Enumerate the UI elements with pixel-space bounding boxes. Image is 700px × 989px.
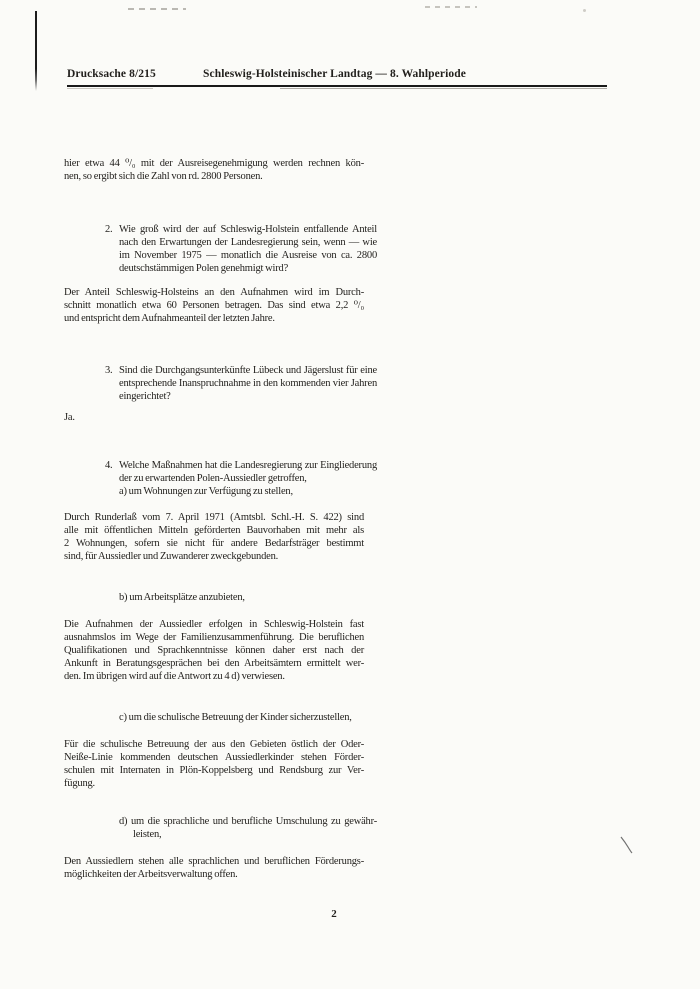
question-number: 2. (105, 223, 119, 275)
document-page: Drucksache 8/215 Schleswig-Holsteinische… (0, 0, 700, 989)
text-line: Den Aussiedlern stehen alle sprachlichen… (64, 855, 364, 868)
pen-stroke-artifact (618, 834, 636, 856)
question-2: 2. Wie groß wird der auf Schleswig-Holst… (105, 223, 377, 275)
question-3: 3. Sind die Durchgangsunterkünfte Lübeck… (105, 364, 377, 403)
text-line: Neiße-Linie kommenden deutschen Aussiedl… (64, 751, 364, 764)
text-line: eingerichtet? (119, 390, 377, 403)
question-text: Sind die Durchgangsunterkünfte Lübeck un… (119, 364, 377, 403)
text-line: nen, so ergibt sich die Zahl von rd. 280… (64, 170, 364, 183)
header-rule-shadow (67, 88, 153, 89)
text-line: der zu erwartenden Polen-Aussiedler getr… (119, 472, 377, 485)
paragraph-intro: hier etwa 44 ⁰/₀ mit der Ausreisegenehmi… (64, 157, 364, 183)
text-line: Für die schulische Betreuung der aus den… (64, 738, 364, 751)
question-text: Welche Maßnahmen hat die Landesregierung… (119, 459, 377, 485)
text-line: leisten, (119, 828, 377, 841)
text-line: möglichkeiten der Arbeitsverwaltung offe… (64, 868, 364, 881)
paragraph-answer-4b: Die Aufnahmen der Aussiedler erfolgen in… (64, 618, 364, 683)
text-line: ausnahmslos im Wege der Familienzusammen… (64, 631, 364, 644)
text-line: und entspricht dem Aufnahmeanteil der le… (64, 312, 364, 325)
paragraph-answer-4a: Durch Runderlaß vom 7. April 1971 (Amtsb… (64, 511, 364, 563)
text-line: fügung. (64, 777, 364, 790)
paragraph-answer-4d: Den Aussiedlern stehen alle sprachlichen… (64, 855, 364, 881)
scan-artifact (128, 8, 186, 10)
text-line: Die Aufnahmen der Aussiedler erfolgen in… (64, 618, 364, 631)
page-number: 2 (64, 908, 604, 920)
question-sub-item-d: d) um die sprachliche und berufliche Ums… (119, 815, 377, 841)
scan-edge-line (35, 11, 37, 91)
text-line: 2 Wohnungen, sofern sie nicht für andere… (64, 537, 364, 550)
header-doc-number: Drucksache 8/215 (67, 68, 156, 80)
text-line: Qualifikationen und Sprachkenntnisse kön… (64, 644, 364, 657)
text-line: entsprechende Inanspruchnahme in den kom… (119, 377, 377, 390)
question-sub-item-c: c) um die schulische Betreuung der Kinde… (119, 711, 379, 724)
scan-artifact (425, 6, 477, 8)
question-sub-item-b: b) um Arbeitsplätze anzubieten, (119, 591, 379, 604)
text-line: Durch Runderlaß vom 7. April 1971 (Amtsb… (64, 511, 364, 524)
header-rule-shadow (280, 88, 607, 89)
paragraph-answer-3: Ja. (64, 411, 75, 424)
header-title: Schleswig-Holsteinischer Landtag — 8. Wa… (203, 68, 466, 80)
question-text: Wie groß wird der auf Schleswig-Holstein… (119, 223, 377, 275)
paragraph-answer-4c: Für die schulische Betreuung der aus den… (64, 738, 364, 790)
header-rule (67, 85, 607, 87)
text-line: im November 1975 — monatlich die Ausreis… (119, 249, 377, 262)
text-line: deutschstämmigen Polen genehmigt wird? (119, 262, 377, 275)
text-line: Der Anteil Schleswig-Holsteins an den Au… (64, 286, 364, 299)
text-line: hier etwa 44 ⁰/₀ mit der Ausreisegenehmi… (64, 157, 364, 170)
question-number: 3. (105, 364, 119, 403)
text-line: den. Im übrigen wird auf die Antwort zu … (64, 670, 364, 683)
text-line: sind, für Aussiedler und Zuwanderer zwec… (64, 550, 364, 563)
text-line: alle mit öffentlichen Mitteln geförderte… (64, 524, 364, 537)
text-line: d) um die sprachliche und berufliche Ums… (119, 815, 377, 828)
text-line: Ankunft in Beratungsgesprächen bei den A… (64, 657, 364, 670)
scan-artifact (583, 9, 586, 12)
text-line: schnitt monatlich etwa 60 Personen betra… (64, 299, 364, 312)
question-4: 4. Welche Maßnahmen hat die Landesregier… (105, 459, 377, 485)
text-line: schulen mit Internaten in Plön-Koppelsbe… (64, 764, 364, 777)
question-number: 4. (105, 459, 119, 485)
paragraph-answer-2: Der Anteil Schleswig-Holsteins an den Au… (64, 286, 364, 325)
question-sub-item-a: a) um Wohnungen zur Verfügung zu stellen… (119, 485, 379, 498)
text-line: Welche Maßnahmen hat die Landesregierung… (119, 459, 377, 472)
text-line: nach den Erwartungen der Landesregierung… (119, 236, 377, 249)
text-line: Sind die Durchgangsunterkünfte Lübeck un… (119, 364, 377, 377)
text-line: Wie groß wird der auf Schleswig-Holstein… (119, 223, 377, 236)
